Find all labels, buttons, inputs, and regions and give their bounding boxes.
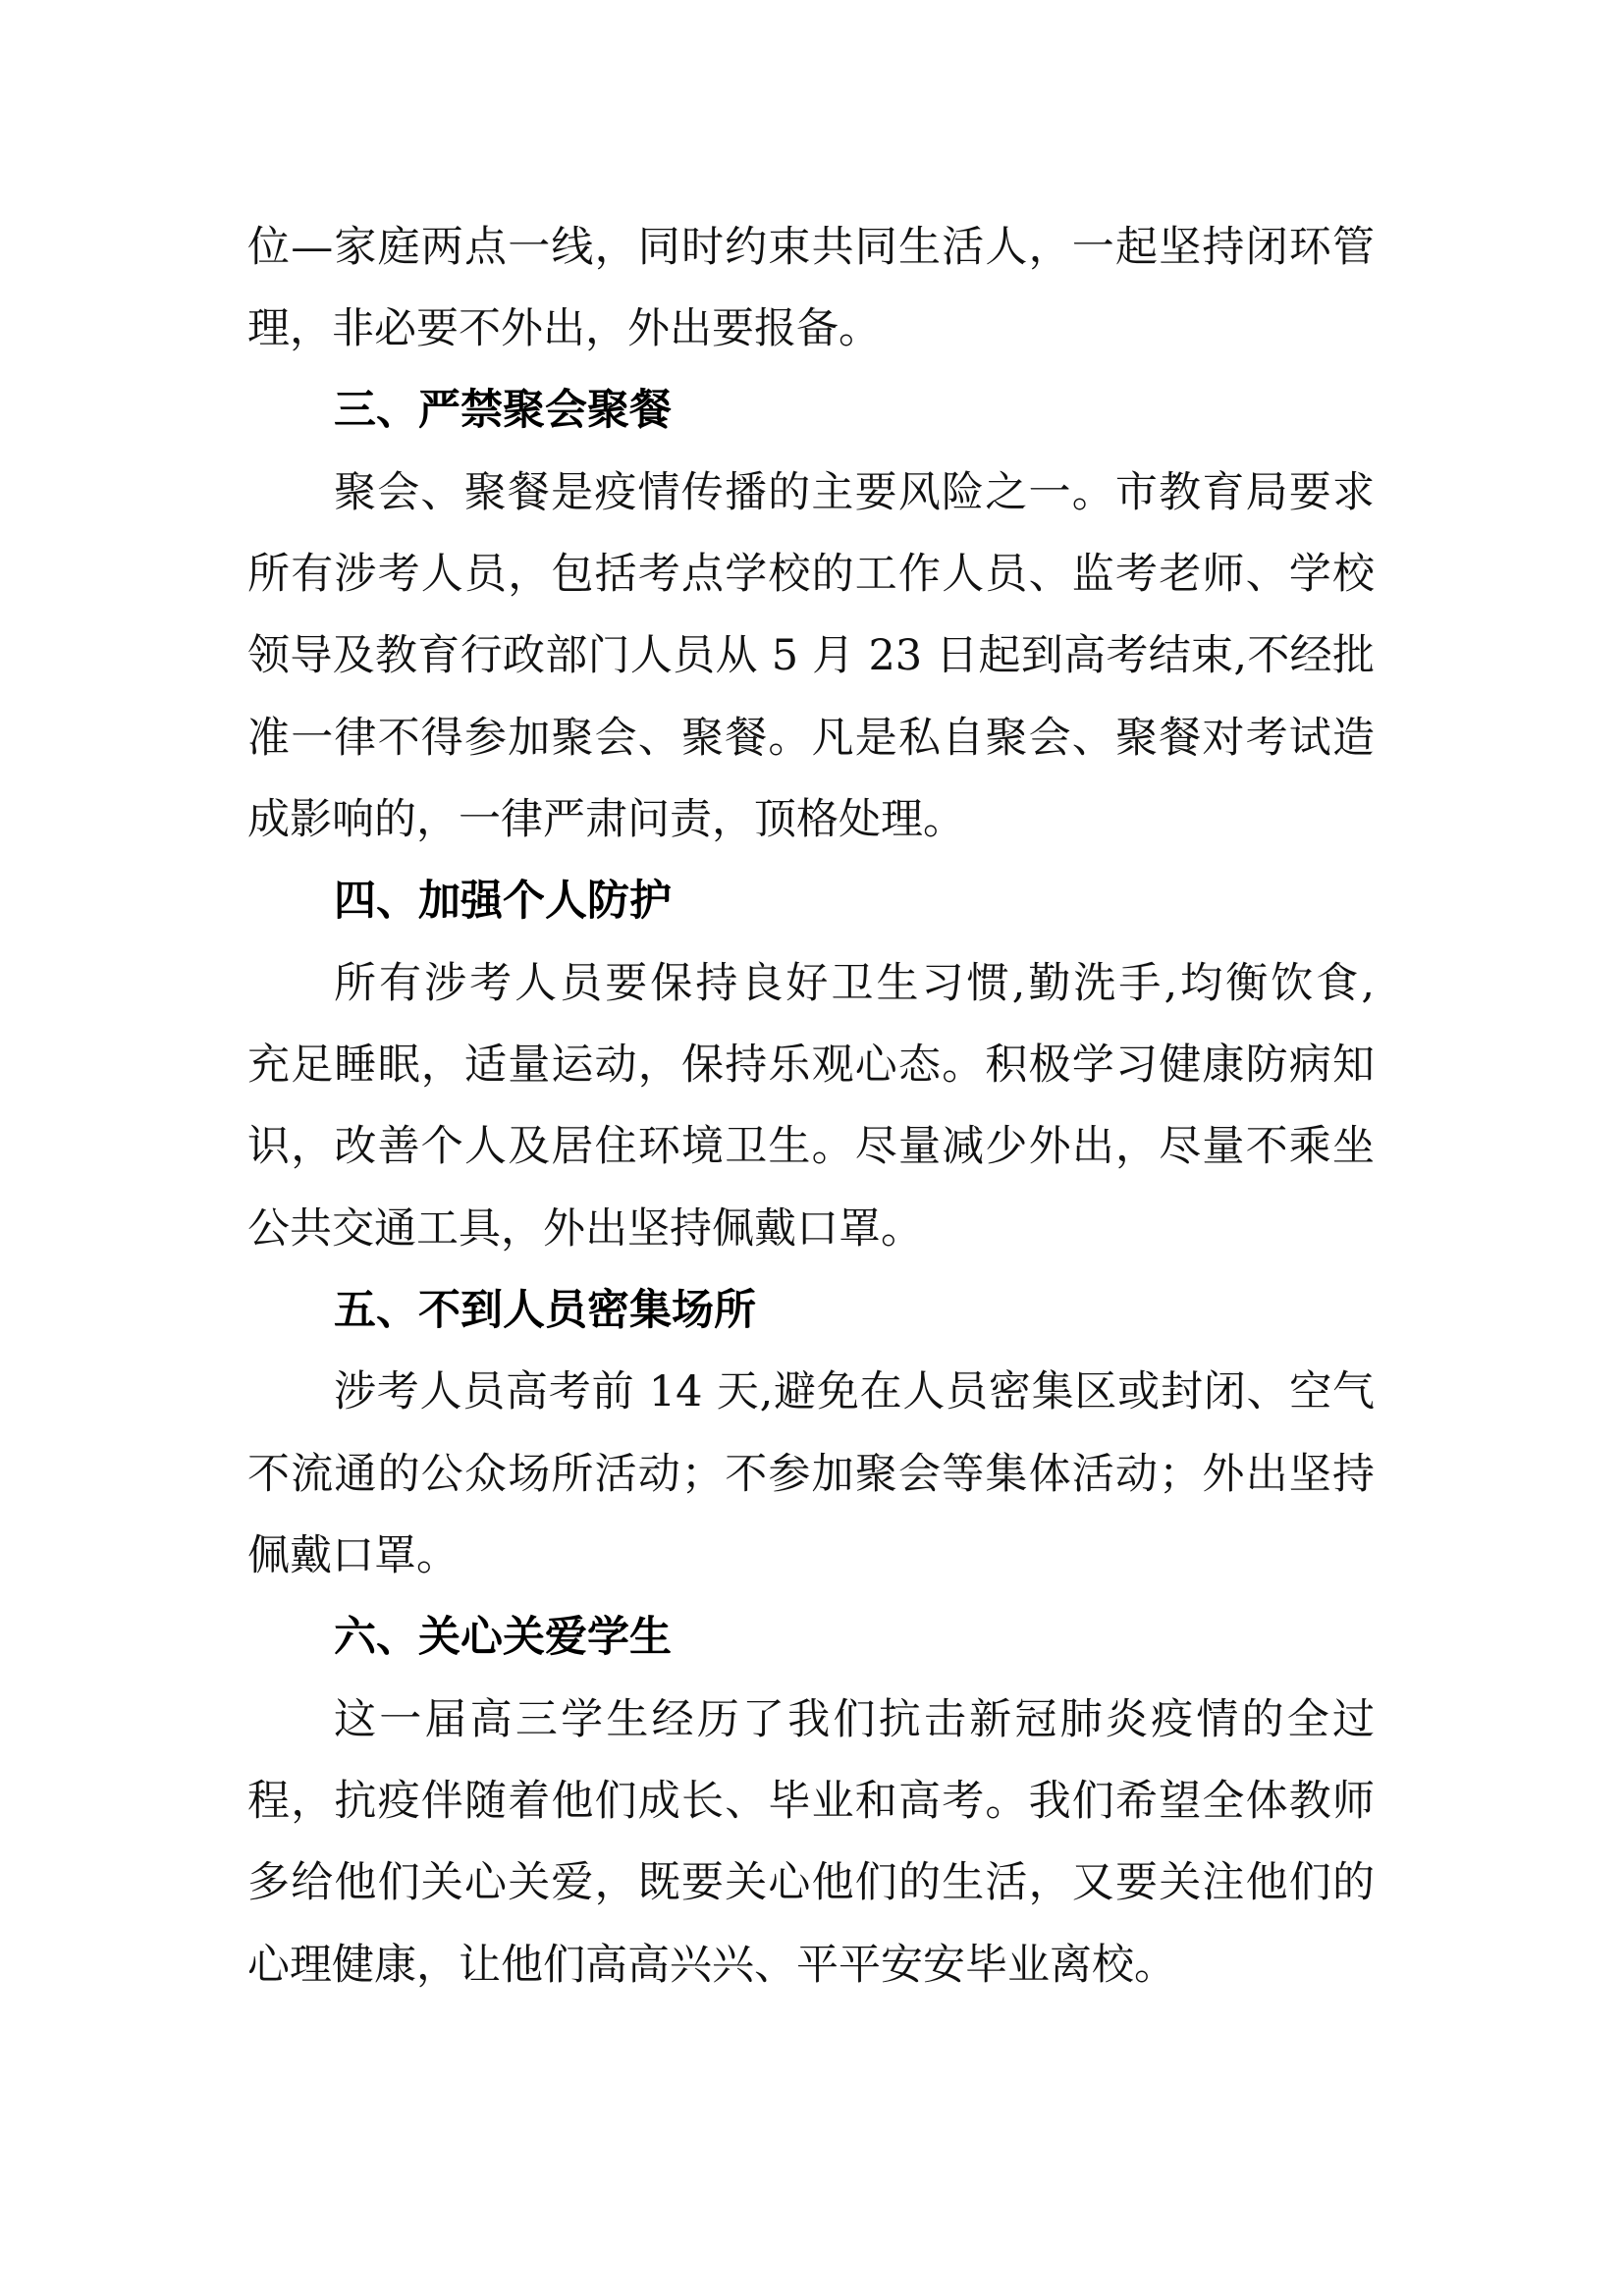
paragraph-line: 充足睡眠，适量运动，保持乐观心态。积极学习健康防病知 — [247, 1041, 1375, 1089]
section-heading-4: 四、加强个人防护 — [334, 878, 1218, 925]
paragraph-line: 程，抗疫伴随着他们成长、毕业和高考。我们希望全体教师 — [247, 1778, 1375, 1825]
paragraph-line: 不流通的公众场所活动；不参加聚会等集体活动；外出坚持 — [247, 1451, 1375, 1498]
section-heading-5: 五、不到人员密集场所 — [334, 1287, 1218, 1334]
paragraph-line: 位—家庭两点一线，同时约束共同生活人，一起坚持闭环管 — [247, 224, 1375, 271]
paragraph-line: 准一律不得参加聚会、聚餐。凡是私自聚会、聚餐对考试造 — [247, 715, 1375, 762]
paragraph-line: 所有涉考人员要保持良好卫生习惯,勤洗手,均衡饮食, — [334, 960, 1375, 1007]
paragraph-line: 成影响的，一律严肃问责，顶格处理。 — [247, 796, 1375, 843]
paragraph-line: 聚会、聚餐是疫情传播的主要风险之一。市教育局要求 — [334, 469, 1375, 516]
paragraph-line: 所有涉考人员，包括考点学校的工作人员、监考老师、学校 — [247, 551, 1375, 598]
paragraph-line: 涉考人员高考前 14 天,避免在人员密集区或封闭、空气 — [334, 1368, 1375, 1415]
paragraph-line: 识，改善个人及居住环境卫生。尽量减少外出，尽量不乘坐 — [247, 1123, 1375, 1170]
paragraph-line: 多给他们关心关爱，既要关心他们的生活，又要关注他们的 — [247, 1859, 1375, 1906]
paragraph-line: 领导及教育行政部门人员从 5 月 23 日起到高考结束,不经批 — [247, 632, 1375, 679]
paragraph-line: 公共交通工具，外出坚持佩戴口罩。 — [247, 1205, 1375, 1253]
paragraph-line: 心理健康，让他们高高兴兴、平平安安毕业离校。 — [247, 1942, 1375, 1989]
document-page: 位—家庭两点一线，同时约束共同生活人，一起坚持闭环管 理，非必要不外出，外出要报… — [0, 0, 1624, 2296]
paragraph-line: 佩戴口罩。 — [247, 1532, 1375, 1579]
section-heading-6: 六、关心关爱学生 — [334, 1614, 1218, 1661]
section-heading-3: 三、严禁聚会聚餐 — [334, 387, 1218, 434]
paragraph-line: 这一届高三学生经历了我们抗击新冠肺炎疫情的全过 — [334, 1696, 1375, 1743]
paragraph-line: 理，非必要不外出，外出要报备。 — [247, 305, 1375, 352]
